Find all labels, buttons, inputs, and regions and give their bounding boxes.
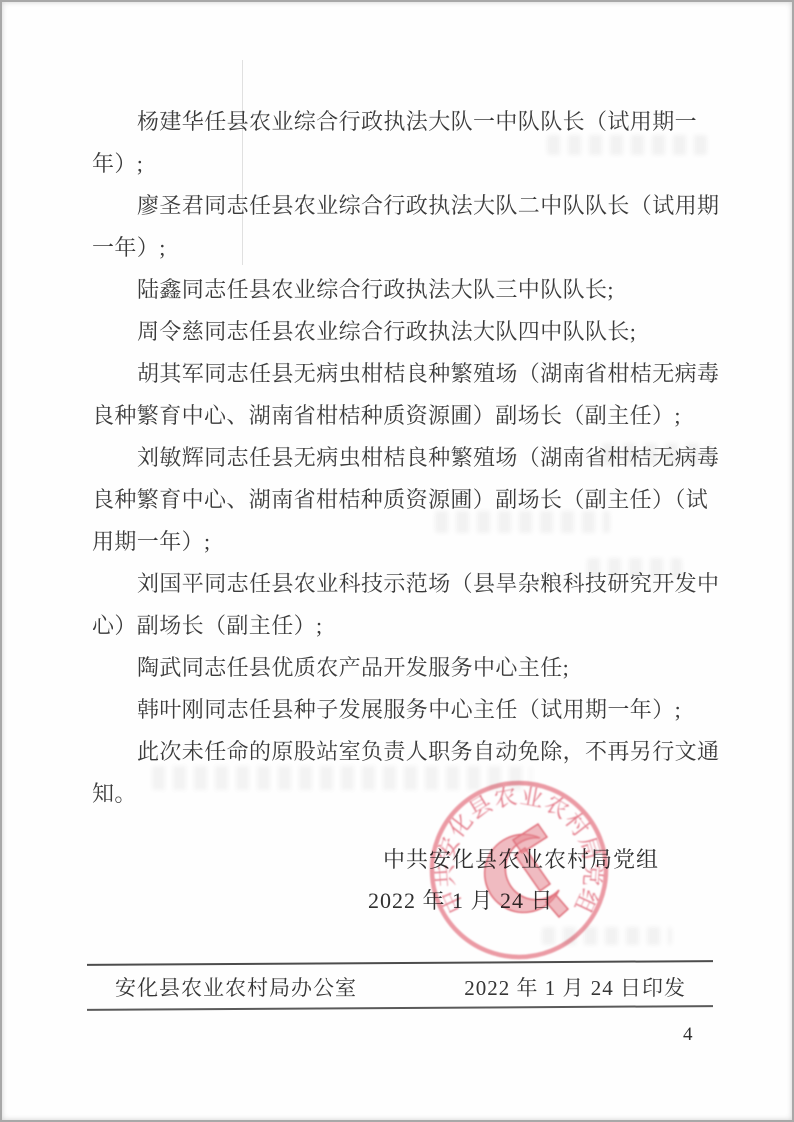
body-line: 良种繁育中心、湖南省柑桔种质资源圃）副场长（副主任）; <box>92 395 742 437</box>
body-line: 心）副场长（副主任）; <box>92 605 742 647</box>
body-line: 陆鑫同志任县农业综合行政执法大队三中队队长; <box>92 269 742 311</box>
signature-date: 2022 年 1 月 24 日 <box>368 884 554 915</box>
body-line: 知。 <box>92 773 742 815</box>
body-line: 良种繁育中心、湖南省柑桔种质资源圃）副场长（副主任）（试 <box>92 479 742 521</box>
footer-print-date: 2022 年 1 月 24 日印发 <box>464 972 686 1002</box>
footer-row: 安化县农业农村局办公室 2022 年 1 月 24 日印发 <box>87 970 713 1004</box>
body-line: 用期一年）; <box>92 521 742 563</box>
body-line: 陶武同志任县优质农产品开发服务中心主任; <box>92 647 742 689</box>
body-line: 周令慈同志任县农业综合行政执法大队四中队队长; <box>92 311 742 353</box>
body-line: 韩叶刚同志任县种子发展服务中心主任（试用期一年）; <box>92 689 742 731</box>
page-number: 4 <box>683 1024 693 1046</box>
body-line: 胡其军同志任县无病虫柑桔良种繁殖场（湖南省柑桔无病毒 <box>92 353 742 395</box>
body-line: 刘国平同志任县农业科技示范场（县旱杂粮科技研究开发中 <box>92 563 742 605</box>
body-line: 此次未任命的原股站室负责人职务自动免除，不再另行文通 <box>92 731 742 773</box>
body-line: 年）; <box>92 143 742 185</box>
document-page: 杨建华任县农业综合行政执法大队一中队队长（试用期一年）;廖圣君同志任县农业综合行… <box>0 0 794 1122</box>
footer-bottom-rule <box>87 1005 713 1010</box>
body-line: 刘敏辉同志任县无病虫柑桔良种繁殖场（湖南省柑桔无病毒 <box>92 437 742 479</box>
body-line: 杨建华任县农业综合行政执法大队一中队队长（试用期一 <box>92 101 742 143</box>
signature-org: 中共安化县农业农村局党组 <box>383 843 659 874</box>
footer-office: 安化县农业农村局办公室 <box>115 972 357 1002</box>
footer-top-rule <box>87 960 713 966</box>
body-line: 一年）; <box>92 227 742 269</box>
ink-bleed-smudge <box>542 927 672 945</box>
body-line: 廖圣君同志任县农业综合行政执法大队二中队队长（试用期 <box>92 185 742 227</box>
document-body: 杨建华任县农业综合行政执法大队一中队队长（试用期一年）;廖圣君同志任县农业综合行… <box>92 101 742 815</box>
